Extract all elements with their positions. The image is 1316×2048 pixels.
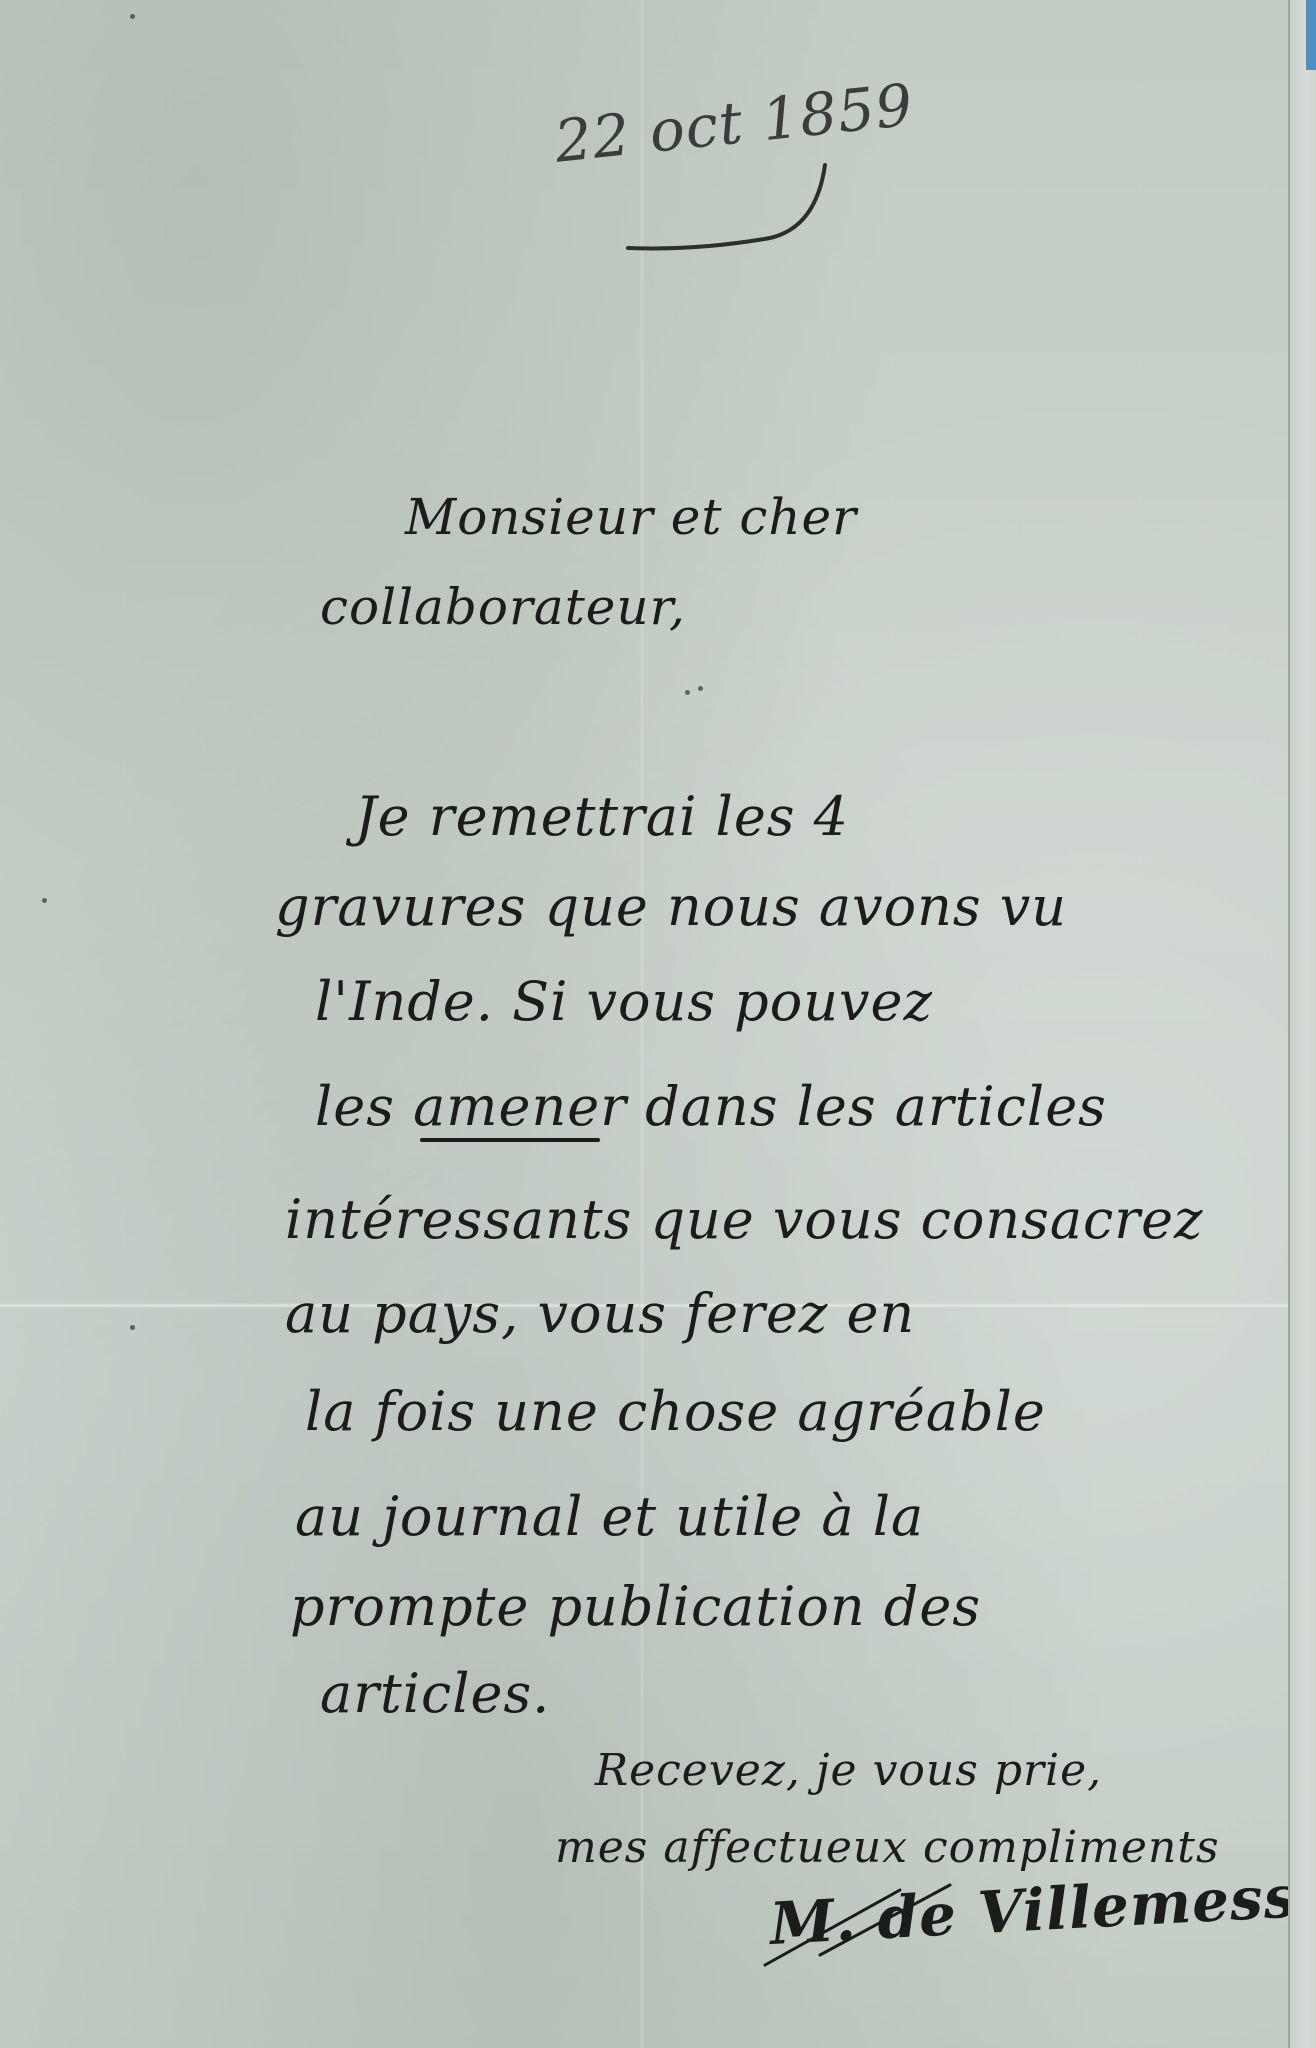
body-line-10: articles. bbox=[320, 1662, 550, 1725]
body-line-3: l'Inde. Si vous pouvez bbox=[315, 970, 933, 1033]
body-line-7: la fois une chose agréable bbox=[305, 1380, 1046, 1443]
signature-flourish-icon bbox=[760, 1880, 1180, 1970]
body-line-1: Je remettrai les 4 bbox=[355, 785, 849, 848]
closing-line-1: Recevez, je vous prie, bbox=[595, 1745, 1102, 1796]
body-line-2: gravures que nous avons vu bbox=[275, 875, 1067, 938]
ink-speck bbox=[130, 14, 135, 19]
ink-speck bbox=[698, 686, 703, 691]
ink-speck bbox=[130, 1325, 135, 1330]
ink-speck bbox=[685, 690, 690, 695]
body-line-9: prompte publication des bbox=[290, 1575, 981, 1638]
closing-line-2: mes affectueux compliments bbox=[555, 1822, 1220, 1873]
salutation-line-2: collaborateur, bbox=[320, 578, 686, 636]
letter-paper: 22 oct 1859 Monsieur et cher collaborate… bbox=[0, 0, 1290, 2048]
date-flourish-icon bbox=[620, 150, 850, 260]
body-line-8: au journal et utile à la bbox=[295, 1485, 924, 1548]
body-line-4: les amener dans les articles bbox=[315, 1075, 1107, 1138]
underline-mark bbox=[420, 1138, 600, 1142]
salutation-line-1: Monsieur et cher bbox=[405, 488, 857, 546]
body-line-6: au pays, vous ferez en bbox=[285, 1282, 915, 1345]
background-corner bbox=[1306, 0, 1316, 70]
page-edge bbox=[1288, 0, 1316, 2048]
body-line-5: intéressants que vous consacrez bbox=[285, 1188, 1204, 1251]
ink-speck bbox=[42, 898, 47, 903]
